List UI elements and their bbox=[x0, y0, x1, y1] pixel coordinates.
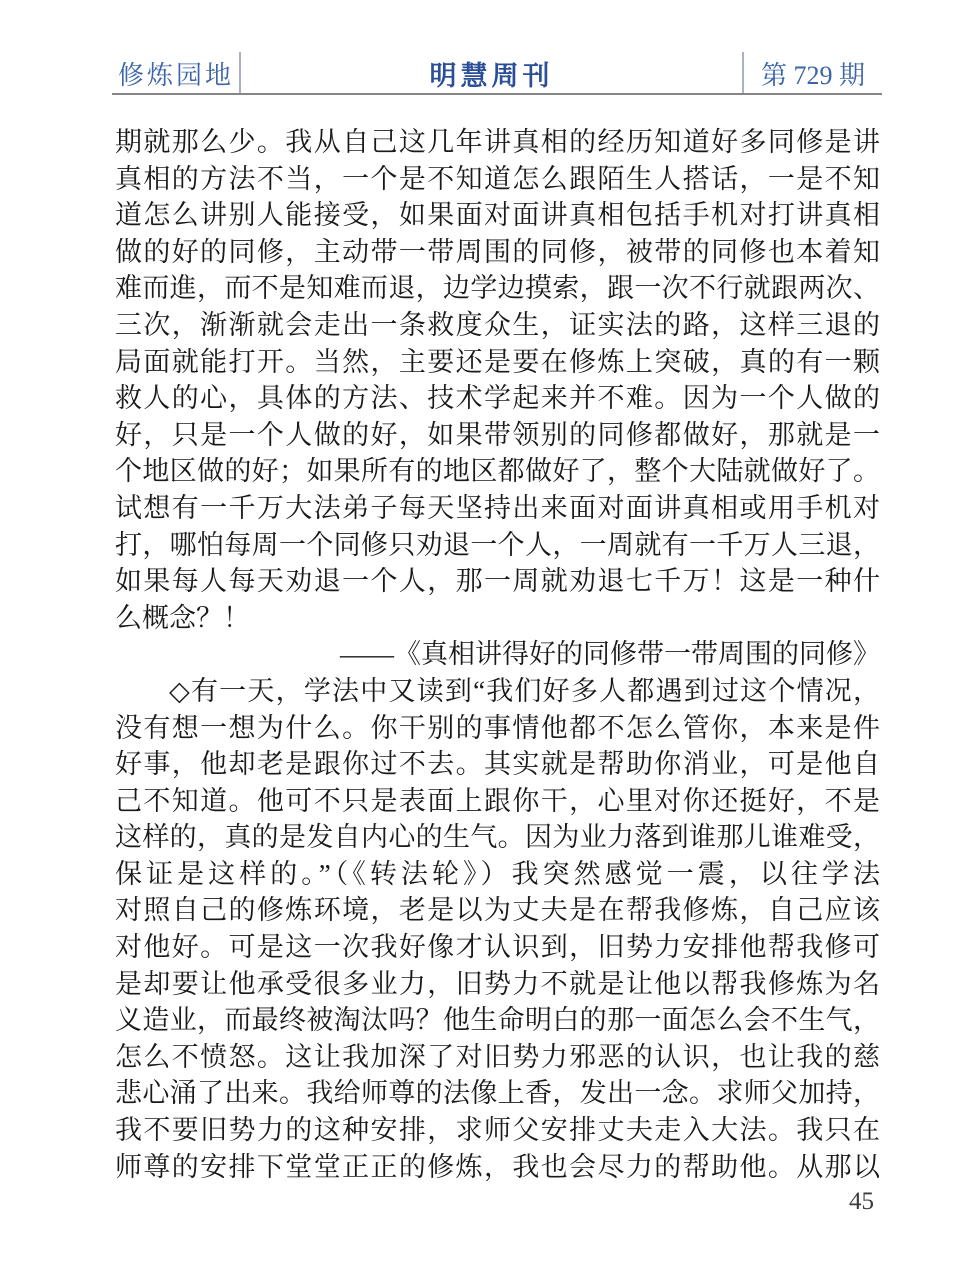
text-line: 个地区做的好；如果所有的地区都做好了，整个大陆就做好了。 bbox=[115, 453, 880, 490]
publication-title: 明慧周刊 bbox=[241, 54, 742, 93]
issue-number: 第 729 期 bbox=[744, 55, 882, 92]
article-body: 期就那么少。我从自己这几年讲真相的经历知道好多同修是讲 真相的方法不当，一个是不… bbox=[115, 124, 880, 1185]
text-line: 好，只是一个人做的好，如果带领别的同修都做好，那就是一 bbox=[115, 417, 880, 454]
page-number: 45 bbox=[849, 1188, 874, 1216]
text-line: 打，哪怕每周一个同修只劝退一个人，一周就有一千万人三退， bbox=[115, 527, 880, 564]
text-line: 救人的心，具体的方法、技术学起来并不难。因为一个人做的 bbox=[115, 380, 880, 417]
text-line: 没有想一想为什么。你干别的事情他都不怎么管你，本来是件 bbox=[115, 710, 880, 747]
text-line: 这样的，真的是发自内心的生气。因为业力落到谁那儿谁难受， bbox=[115, 819, 880, 856]
text-line: 局面就能打开。当然，主要还是要在修炼上突破，真的有一颗 bbox=[115, 344, 880, 381]
text-line: 对照自己的修炼环境，老是以为丈夫是在帮我修炼，自己应该 bbox=[115, 892, 880, 929]
text-line: ◇有一天，学法中又读到“我们好多人都遇到过这个情况， bbox=[115, 673, 880, 710]
text-line: 己不知道。他可不只是表面上跟你干，心里对你还挺好，不是 bbox=[115, 783, 880, 820]
text-line: 保证是这样的。”（《转法轮》）我突然感觉一震，以往学法 bbox=[115, 856, 880, 893]
text-line: 师尊的安排下堂堂正正的修炼，我也会尽力的帮助他。从那以 bbox=[115, 1149, 880, 1186]
text-line: 如果每人每天劝退一个人，那一周就劝退七千万！这是一种什 bbox=[115, 563, 880, 600]
text-line: 三次，渐渐就会走出一条救度众生，证实法的路，这样三退的 bbox=[115, 307, 880, 344]
citation-line: ——《真相讲得好的同修带一带周围的同修》 bbox=[115, 636, 880, 673]
header-section-label: 修炼园地 bbox=[112, 55, 239, 92]
header-rule bbox=[112, 93, 882, 95]
text-line: 真相的方法不当，一个是不知道怎么跟陌生人搭话，一是不知 bbox=[115, 161, 880, 198]
text-line: 义造业，而最终被淘汰吗？他生命明白的那一面怎么会不生气， bbox=[115, 1002, 880, 1039]
page-header: 修炼园地 明慧周刊 第 729 期 bbox=[112, 52, 882, 94]
document-page: 修炼园地 明慧周刊 第 729 期 期就那么少。我从自己这几年讲真相的经历知道好… bbox=[0, 0, 978, 1265]
text-line: 悲心涌了出来。我给师尊的法像上香，发出一念。求师父加持， bbox=[115, 1075, 880, 1112]
text-line: 期就那么少。我从自己这几年讲真相的经历知道好多同修是讲 bbox=[115, 124, 880, 161]
text-line: 对他好。可是这一次我好像才认识到，旧势力安排他帮我修可 bbox=[115, 929, 880, 966]
text-line: 难而進，而不是知难而退，边学边摸索，跟一次不行就跟两次、 bbox=[115, 270, 880, 307]
text-line: 我不要旧势力的这种安排，求师父安排丈夫走入大法。我只在 bbox=[115, 1112, 880, 1149]
text-line: 做的好的同修，主动带一带周围的同修，被带的同修也本着知 bbox=[115, 234, 880, 271]
text-line: 道怎么讲别人能接受，如果面对面讲真相包括手机对打讲真相 bbox=[115, 197, 880, 234]
text-line: 试想有一千万大法弟子每天坚持出来面对面讲真相或用手机对 bbox=[115, 490, 880, 527]
text-line: 好事，他却老是跟你过不去。其实就是帮助你消业，可是他自 bbox=[115, 746, 880, 783]
text-line: 怎么不愤怒。这让我加深了对旧势力邪恶的认识，也让我的慈 bbox=[115, 1039, 880, 1076]
text-line: 是却要让他承受很多业力，旧势力不就是让他以帮我修炼为名 bbox=[115, 966, 880, 1003]
text-line: 么概念？！ bbox=[115, 600, 880, 637]
